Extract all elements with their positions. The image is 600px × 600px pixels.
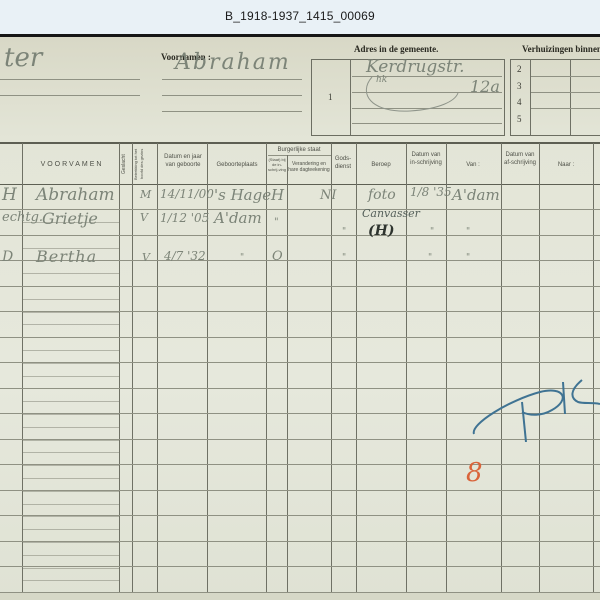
col-header-geboorteplaats: Geboorteplaats — [208, 161, 266, 169]
col-header-van: Van : — [446, 161, 500, 169]
row-1-geslacht: M — [140, 188, 151, 201]
col-header-godsdienst: Gods-dienst — [332, 155, 354, 171]
moves-row-5: 5 — [517, 114, 522, 124]
col-header-datum-afschrijving: Datum van af-schrijving — [502, 151, 538, 167]
blue-pk-annotation — [470, 372, 600, 442]
surname-line-2 — [0, 95, 140, 96]
voornamen-subrule — [23, 235, 119, 236]
voornamen-subrule — [23, 324, 119, 325]
col-header-geslacht: Geslacht — [120, 149, 132, 179]
moves-row-3: 3 — [517, 81, 522, 91]
voornamen-subrule — [23, 478, 119, 479]
col-rule — [132, 143, 133, 592]
row-3-geslacht: V — [142, 251, 150, 264]
address-line-4 — [352, 123, 502, 124]
row-3-staat: O — [272, 249, 283, 264]
voornamen-subrule — [23, 273, 119, 274]
moves-line-1 — [531, 76, 600, 77]
moves-divider-1 — [530, 59, 531, 135]
row-3-geboorteplaats: " — [240, 253, 244, 263]
voornamen-subrule — [23, 414, 119, 415]
row-3-geboortedatum: 4/7 '32 — [164, 249, 206, 263]
voornamen-subrule — [23, 337, 119, 338]
row-2-geslacht: V — [140, 211, 148, 224]
voornamen-subrule — [23, 401, 119, 402]
col-header-naar: Naar : — [540, 161, 592, 169]
row-3-datum-inschrijving: " — [428, 253, 432, 263]
col-rule — [501, 143, 502, 592]
orange-mark-annotation: 8 — [466, 458, 483, 488]
address-pencil-loop — [360, 73, 460, 117]
voornamen-subrule — [23, 388, 119, 389]
col-header-staat-verandering: Verandering en hare dagteekening — [288, 161, 330, 173]
voornamen-subrule — [23, 580, 119, 581]
card-bottom-edge — [0, 593, 600, 600]
col-rule — [119, 143, 120, 592]
row-2-beroep: Canvasser — [362, 207, 420, 220]
voornamen-subrule — [23, 440, 119, 441]
col-rule — [157, 143, 158, 592]
window-title-bar: B_1918-1937_1415_00069 — [0, 0, 600, 34]
surname-line — [0, 79, 140, 80]
moves-row-4: 4 — [517, 97, 522, 107]
address-row-number: 1 — [328, 92, 333, 102]
row-1-datum-inschrijving: 1/8 '35 — [410, 185, 452, 199]
voornamen-subrule — [23, 465, 119, 466]
voornamen-subrule — [23, 452, 119, 453]
col-rule — [266, 143, 267, 592]
row-2-beroep-note: (H) — [368, 223, 394, 239]
col-rule — [331, 143, 332, 592]
first-names-line-3 — [162, 111, 302, 112]
address-handwritten-number: 12a — [470, 77, 500, 96]
col-header-burgerlijke-staat: Burgerlijke staat — [268, 146, 330, 154]
col-header-datum-inschrijving: Datum van in-schrijving — [408, 151, 444, 167]
surname-handwritten: ter — [4, 43, 42, 73]
row-1-van: A'dam — [452, 186, 500, 204]
row-2-geboorteplaats: A'dam — [214, 209, 262, 227]
col-rule — [539, 143, 540, 592]
voornamen-subrule — [23, 299, 119, 300]
col-header-geboortedatum: Datum en jaar van geboorte — [160, 153, 206, 169]
voornamen-subrule — [23, 568, 119, 569]
row-3-prefix: D — [2, 249, 13, 265]
voornamen-subrule — [23, 555, 119, 556]
moves-line-2 — [531, 92, 600, 93]
voornamen-subrule — [23, 529, 119, 530]
row-2-voornamen: Grietje — [42, 209, 98, 228]
voornamen-subrule — [23, 504, 119, 505]
row-1-beroep: foto — [368, 187, 396, 203]
row-2-geboortedatum: 1/12 '05 — [160, 211, 209, 225]
voornamen-subrule — [23, 286, 119, 287]
voornamen-subrule — [23, 427, 119, 428]
burgerlijke-staat-subrule — [268, 155, 331, 156]
row-2-staat: " — [274, 217, 279, 228]
row-1-voornamen: Abraham — [36, 185, 115, 205]
voornamen-subrule — [23, 363, 119, 364]
row-1-godsdienst: NI — [320, 188, 337, 203]
row-2-datum-inschrijving: " — [430, 227, 434, 237]
address-divider — [350, 59, 351, 135]
col-header-voornamen: VOORVAMEN — [24, 161, 120, 169]
table-top-rule — [0, 142, 600, 144]
moves-label: Verhuizingen binnen — [522, 44, 600, 54]
voornamen-subrule — [23, 491, 119, 492]
row-3-van: " — [466, 253, 470, 263]
row-2-prefix: echtg. — [2, 210, 43, 225]
row-2-godsdienst: " — [342, 227, 346, 237]
col-rule — [287, 155, 288, 592]
col-rule — [356, 143, 357, 592]
col-header-staat-inschrijving: (Staat) bij de in-schrij-ving — [268, 157, 286, 172]
first-names-line-1 — [162, 79, 302, 80]
row-1-geboortedatum: 14/11/00 — [160, 187, 214, 201]
moves-box — [510, 59, 600, 136]
first-names-handwritten: Abraham — [175, 50, 291, 75]
voornamen-subrule — [23, 376, 119, 377]
first-names-line-2 — [162, 95, 302, 96]
row-3-voornamen: Bertha — [36, 247, 97, 266]
col-rule — [446, 143, 447, 592]
row-1-staat: H — [271, 186, 284, 204]
row-1-geboorteplaats: 's Hage — [214, 186, 271, 204]
moves-divider-2 — [570, 59, 571, 135]
registration-card: ter Voornamen : Abraham Adres in de geme… — [0, 37, 600, 600]
voornamen-subrule — [23, 542, 119, 543]
row-1-prefix: H — [2, 185, 17, 205]
col-header-beroep: Beroep — [356, 161, 406, 169]
image-filename: B_1918-1937_1415_00069 — [225, 9, 375, 23]
voornamen-subrule — [23, 350, 119, 351]
moves-line-3 — [531, 108, 600, 109]
col-header-betrekking: Betrekking tot het hoofd des gezins — [133, 147, 155, 181]
voornamen-subrule — [23, 312, 119, 313]
row-rule — [0, 566, 600, 567]
address-label: Adres in de gemeente. — [354, 44, 438, 54]
row-2-van: " — [466, 227, 470, 237]
voornamen-subrule — [23, 516, 119, 517]
col-rule — [593, 143, 594, 592]
row-3-godsdienst: " — [342, 253, 346, 263]
moves-row-2: 2 — [517, 64, 522, 74]
